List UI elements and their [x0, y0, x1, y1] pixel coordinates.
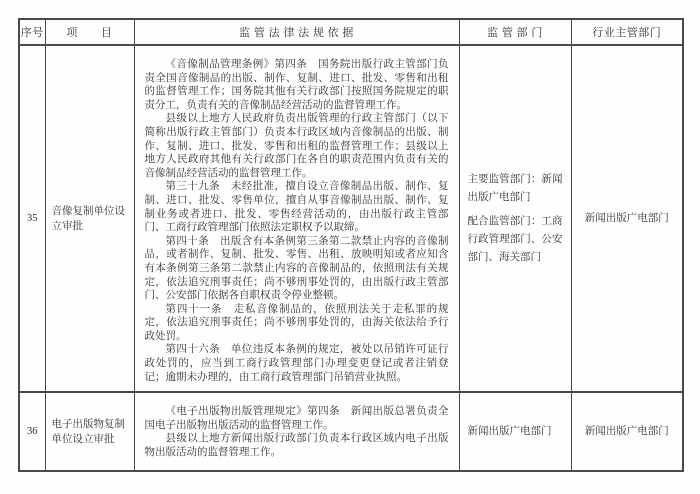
- legal-paragraph: 《电子出版物出版管理规定》第四条 新闻出版总署负责全国电子出版物出版活动的监督管…: [145, 405, 449, 432]
- legal-paragraph: 第三十九条 未经批准，擅自设立音像制品出版、制作、复制、进口、批发、零售单位，擅…: [145, 180, 449, 234]
- table-row-item-36: 36 电子出版物复制单位设立审批 《电子出版物出版管理规定》第四条 新闻出版总署…: [19, 392, 683, 471]
- header-legal-basis: 监 管 法 律 法 规 依 据: [134, 19, 459, 45]
- table-header-row: 序号 项 目 监 管 法 律 法 规 依 据 监 管 部 门 行业主管部门: [19, 19, 683, 45]
- supervision-department-cell: 新闻出版广电部门: [459, 392, 571, 471]
- legal-paragraph: 县级以上地方人民政府负责出版管理的行政主管部门（以下简称出版行政主管部门）负责本…: [145, 112, 449, 180]
- regulatory-items-table: 序号 项 目 监 管 法 律 法 规 依 据 监 管 部 门 行业主管部门 35…: [18, 18, 684, 472]
- legal-basis-cell: 《音像制品管理条例》第四条 国务院出版行政主管部门负责全国音像制品的出版、制作、…: [134, 45, 459, 392]
- project-name-cell: 电子出版物复制单位设立审批: [45, 392, 134, 471]
- legal-paragraph: 《音像制品管理条例》第四条 国务院出版行政主管部门负责全国音像制品的出版、制作、…: [145, 58, 449, 112]
- table-row-item-35: 35 音像复制单位设立审批 《音像制品管理条例》第四条 国务院出版行政主管部门负…: [19, 45, 683, 392]
- header-supervision-department: 监 管 部 门: [459, 19, 571, 45]
- header-serial-number: 序号: [19, 19, 45, 45]
- supervision-paragraph: 新闻出版广电部门: [468, 423, 563, 441]
- document-page: 序号 项 目 监 管 法 律 法 规 依 据 监 管 部 门 行业主管部门 35…: [0, 0, 700, 494]
- project-name-cell: 音像复制单位设立审批: [45, 45, 134, 392]
- industry-department-cell: 新闻出版广电部门: [571, 45, 683, 392]
- supervision-department-cell: 主要监管部门：新闻出版广电部门 配合监管部门：工商行政管理部门、公安部门、海关部…: [459, 45, 571, 392]
- legal-paragraph: 第四十一条 走私音像制品的，依照刑法关于走私罪的规定，依法追究刑事责任；尚不够刑…: [145, 303, 449, 344]
- legal-paragraph: 县级以上地方新闻出版行政部门负责本行政区域内电子出版物出版活动的监督管理工作。: [145, 432, 449, 459]
- supervision-paragraph: 主要监管部门：新闻出版广电部门: [468, 171, 563, 207]
- serial-number-cell: 36: [19, 392, 45, 471]
- industry-department-cell: 新闻出版广电部门: [571, 392, 683, 471]
- header-industry-department: 行业主管部门: [571, 19, 683, 45]
- legal-basis-cell: 《电子出版物出版管理规定》第四条 新闻出版总署负责全国电子出版物出版活动的监督管…: [134, 392, 459, 471]
- legal-paragraph: 第四十六条 单位违反本条例的规定，被处以吊销许可证行政处罚的，应当到工商行政管理…: [145, 343, 449, 384]
- supervision-paragraph: 配合监管部门：工商行政管理部门、公安部门、海关部门: [468, 213, 563, 267]
- header-project: 项 目: [45, 19, 134, 45]
- legal-paragraph: 第四十条 出版含有本条例第三条第二款禁止内容的音像制品，或者制作、复制、批发、零…: [145, 235, 449, 303]
- serial-number-cell: 35: [19, 45, 45, 392]
